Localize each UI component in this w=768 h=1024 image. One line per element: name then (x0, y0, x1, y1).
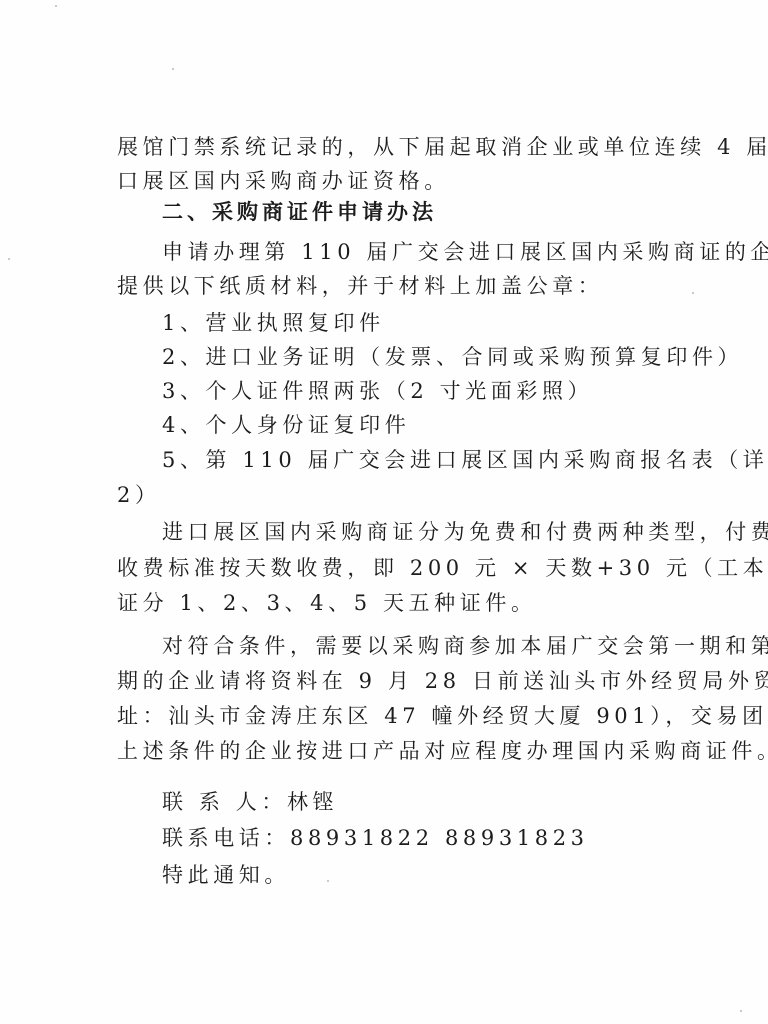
scan-speck (327, 880, 329, 882)
contact-person: 联 系 人：林铿 (162, 789, 338, 815)
paragraph-line: 址：汕头市金涛庄东区 47 幢外经贸大厦 901），交易团将对符合 (117, 703, 768, 729)
scan-speck (55, 5, 57, 7)
scan-speck (8, 258, 10, 260)
scan-speck (740, 1010, 742, 1012)
list-item: 2、进口业务证明（发票、合同或采购预算复印件） (162, 344, 743, 370)
paragraph-line: 提供以下纸质材料，并于材料上加盖公章： (117, 273, 603, 299)
scan-speck (124, 747, 126, 749)
paragraph-line: 证分 1、2、3、4、5 天五种证件。 (117, 590, 537, 616)
list-item: 1、营业执照复印件 (162, 310, 385, 336)
list-item: 5、第 110 届广交会进口展区国内采购商报名表（详见附件 (162, 447, 768, 473)
paragraph-line: 展馆门禁系统记录的，从下届起取消企业或单位连续 4 届的进 (117, 134, 768, 160)
list-item: 3、个人证件照两张（2 寸光面彩照） (162, 378, 593, 404)
scan-speck (172, 68, 174, 70)
document-page: 展馆门禁系统记录的，从下届起取消企业或单位连续 4 届的进 口展区国内采购商办证… (0, 0, 768, 1024)
paragraph-line: 上述条件的企业按进口产品对应程度办理国内采购商证件。 (117, 738, 768, 764)
list-item-continuation: 2） (117, 482, 161, 508)
contact-phone: 联系电话：88931822 88931823 (162, 825, 589, 851)
paragraph-line: 对符合条件，需要以采购商参加本届广交会第一期和第三 (162, 633, 768, 659)
paragraph-line: 口展区国内采购商办证资格。 (117, 168, 450, 194)
scan-speck (692, 292, 694, 294)
paragraph-line: 期的企业请将资料在 9 月 28 日前送汕头市外经贸局外贸科（地 (117, 668, 768, 694)
paragraph-line: 进口展区国内采购商证分为免费和付费两种类型，付费证 (162, 519, 768, 545)
section-heading: 二、采购商证件申请办法 (162, 199, 437, 225)
paragraph-line: 申请办理第 110 届广交会进口展区国内采购商证的企业须 (162, 239, 768, 265)
paragraph-line: 收费标准按天数收费，即 200 元 × 天数+30 元（工本费）。付费 (117, 555, 768, 581)
closing-text: 特此通知。 (162, 862, 290, 888)
list-item: 4、个人身份证复印件 (162, 412, 410, 438)
